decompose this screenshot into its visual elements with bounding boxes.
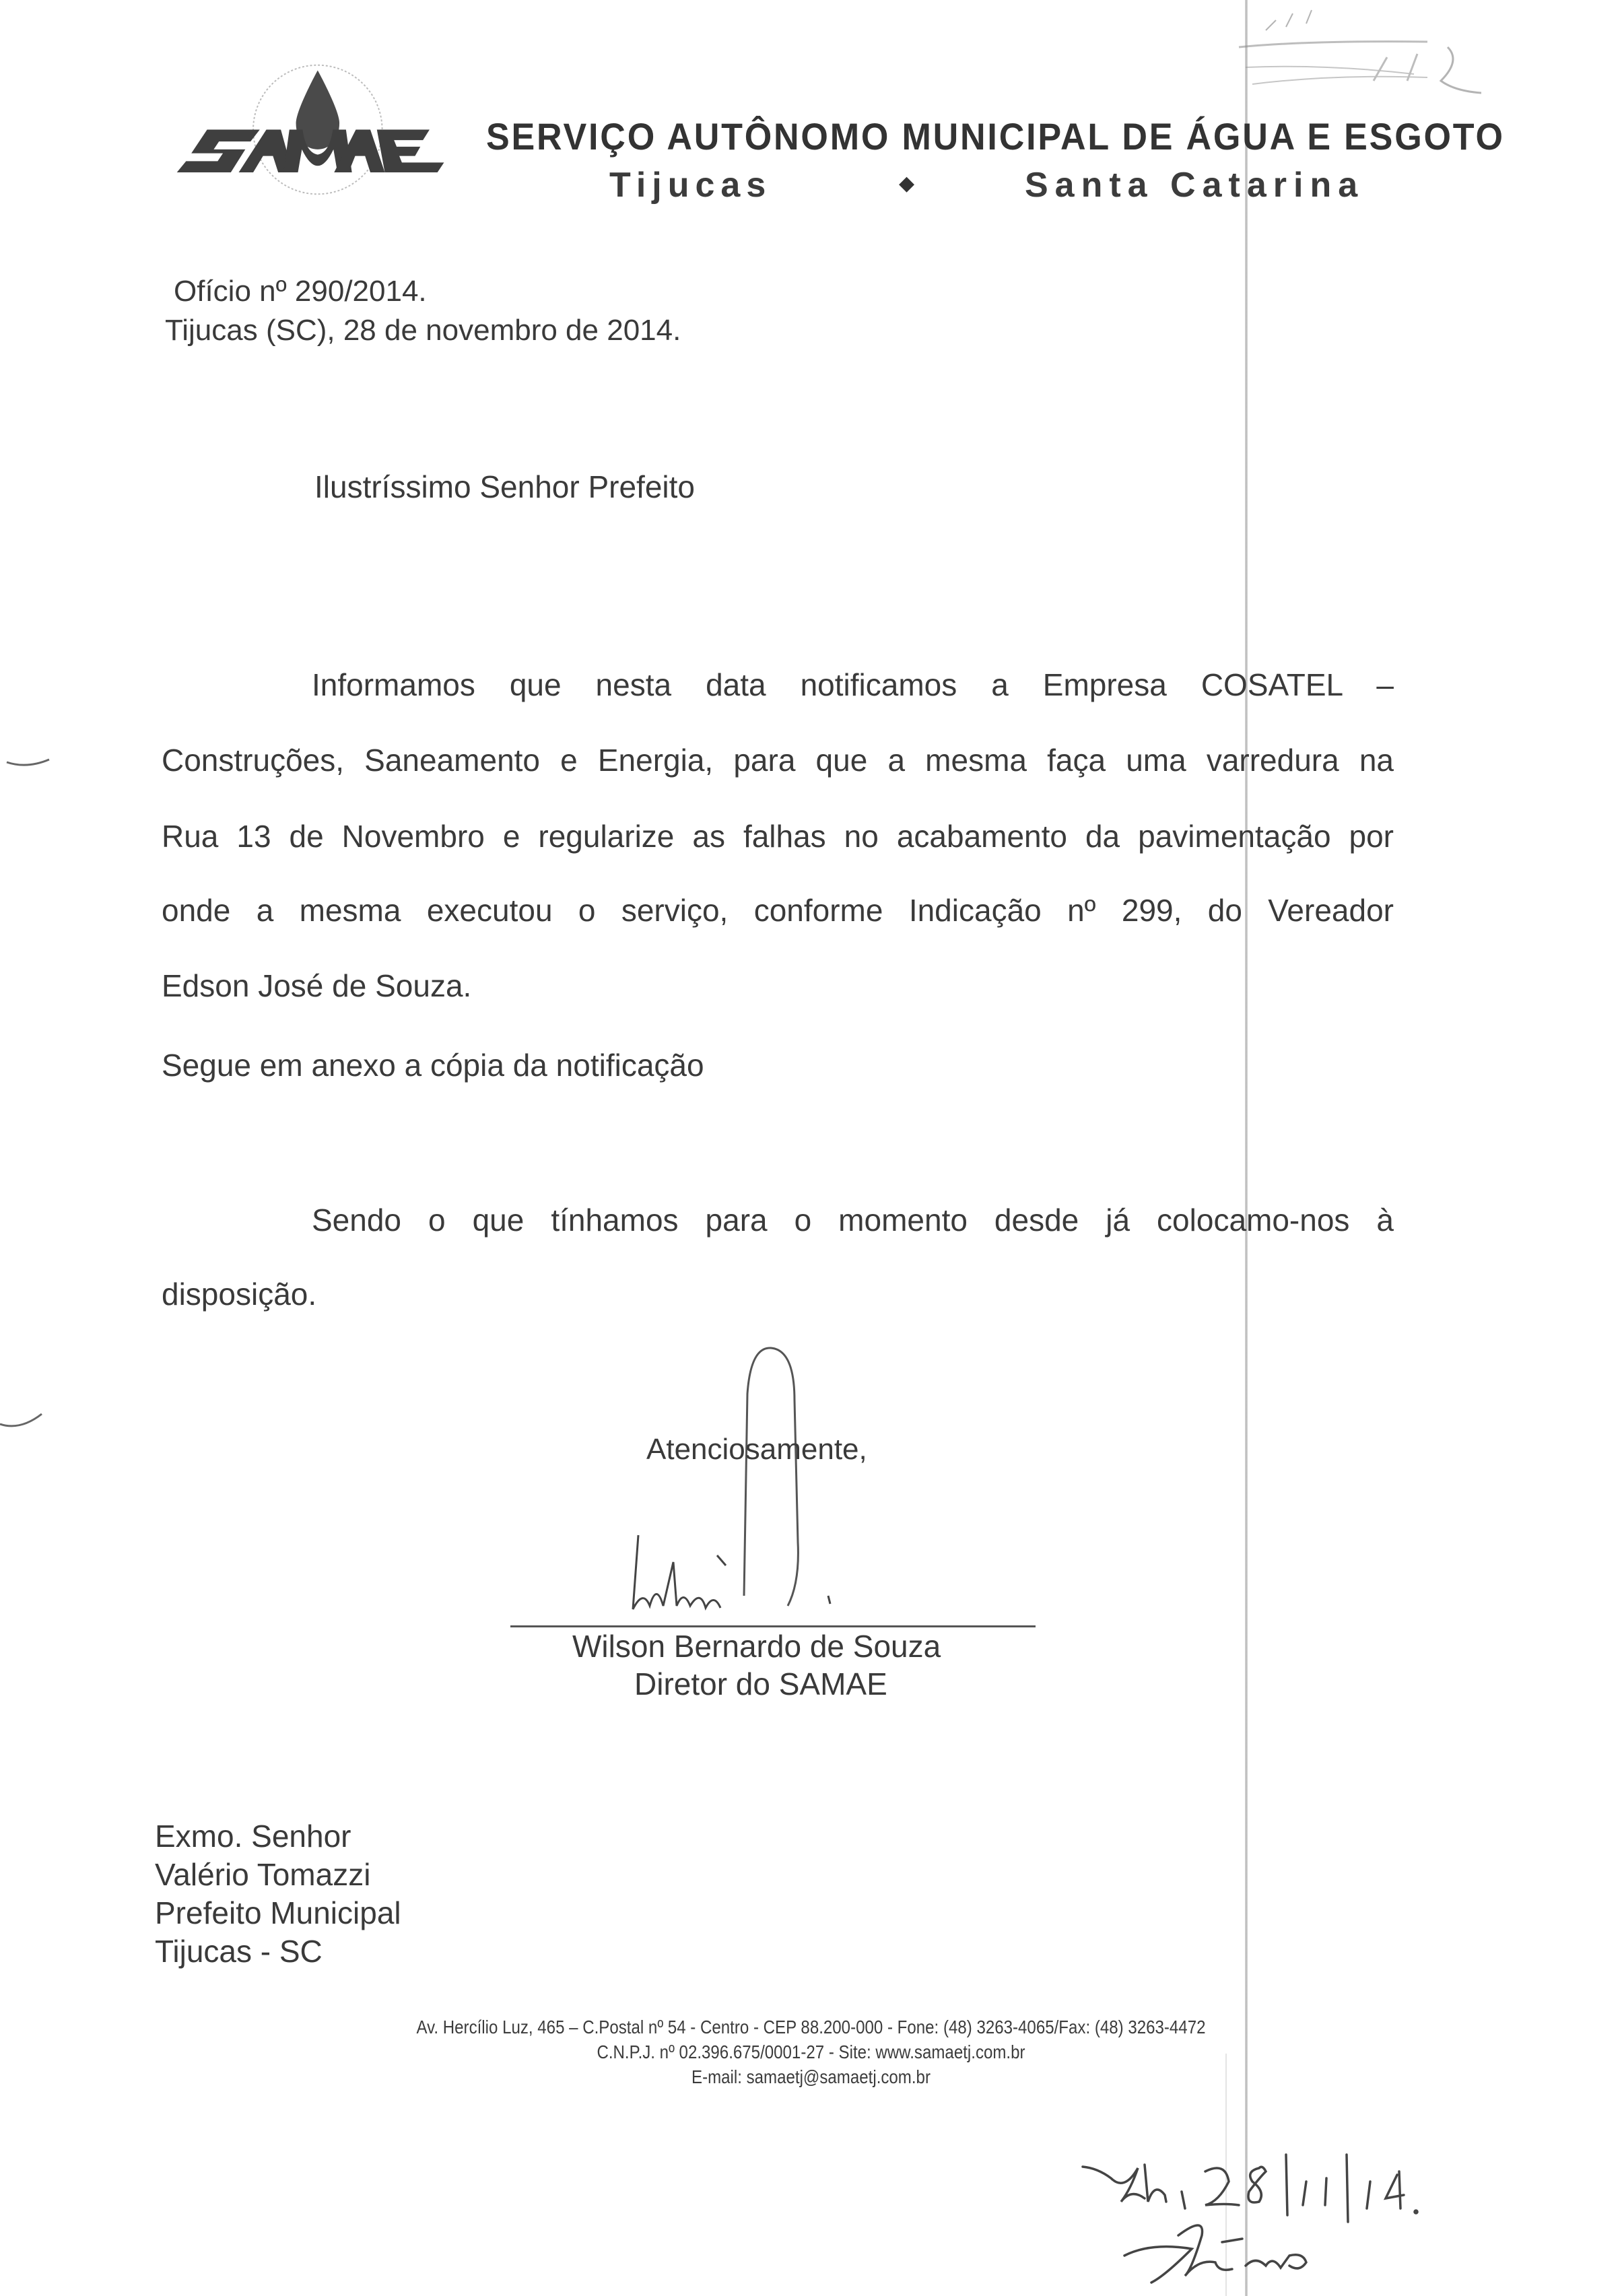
scan-artifact-line bbox=[1245, 0, 1248, 2296]
addressee-line: Prefeito Municipal bbox=[155, 1895, 401, 1931]
salutation: Ilustríssimo Senhor Prefeito bbox=[314, 469, 695, 505]
body-line: Segue em anexo a cópia da notificação bbox=[162, 1047, 1394, 1083]
margin-mark bbox=[3, 754, 57, 781]
body-line: Sendo o que tínhamos para o momento desd… bbox=[312, 1202, 1394, 1238]
addressee-line: Valério Tomazzi bbox=[155, 1856, 370, 1893]
received-stamp-mark bbox=[1225, 0, 1508, 114]
addressee-line: Exmo. Senhor bbox=[155, 1818, 351, 1854]
signature-line bbox=[510, 1625, 1036, 1627]
organization-state: Santa Catarina bbox=[1025, 165, 1364, 205]
organization-name: SERVIÇO AUTÔNOMO MUNICIPAL DE ÁGUA E ESG… bbox=[486, 114, 1505, 158]
body-line: Informamos que nesta data notificamos a … bbox=[312, 667, 1394, 703]
body-line: disposição. bbox=[162, 1276, 1394, 1312]
footer-address: Av. Hercílio Luz, 465 – C.Postal nº 54 -… bbox=[114, 2017, 1509, 2038]
footer-email: E-mail: samaetj@samaetj.com.br bbox=[114, 2066, 1509, 2088]
margin-mark bbox=[0, 1400, 54, 1441]
footer-cnpj-site: C.N.P.J. nº 02.396.675/0001-27 - Site: w… bbox=[114, 2041, 1509, 2063]
handwritten-signature bbox=[626, 1340, 882, 1629]
body-line: Edson José de Souza. bbox=[162, 968, 1394, 1004]
place-date: Tijucas (SC), 28 de novembro de 2014. bbox=[165, 314, 681, 347]
organization-city: Tijucas bbox=[609, 165, 772, 205]
document-reference: Ofício nº 290/2014. bbox=[174, 275, 427, 308]
body-line: onde a mesma executou o serviço, conform… bbox=[162, 892, 1394, 928]
closing: Atenciosamente, bbox=[646, 1433, 867, 1466]
diamond-separator-icon: ◆ bbox=[899, 172, 914, 195]
body-line: Rua 13 de Novembro e regularize as falha… bbox=[162, 818, 1394, 854]
handwritten-receipt-note bbox=[1071, 2141, 1528, 2296]
addressee-line: Tijucas - SC bbox=[155, 1933, 323, 1969]
samae-logo bbox=[167, 57, 458, 202]
signer-role: Diretor do SAMAE bbox=[634, 1666, 887, 1702]
signer-name: Wilson Bernardo de Souza bbox=[572, 1628, 941, 1664]
body-line: Construções, Saneamento e Energia, para … bbox=[162, 742, 1394, 778]
